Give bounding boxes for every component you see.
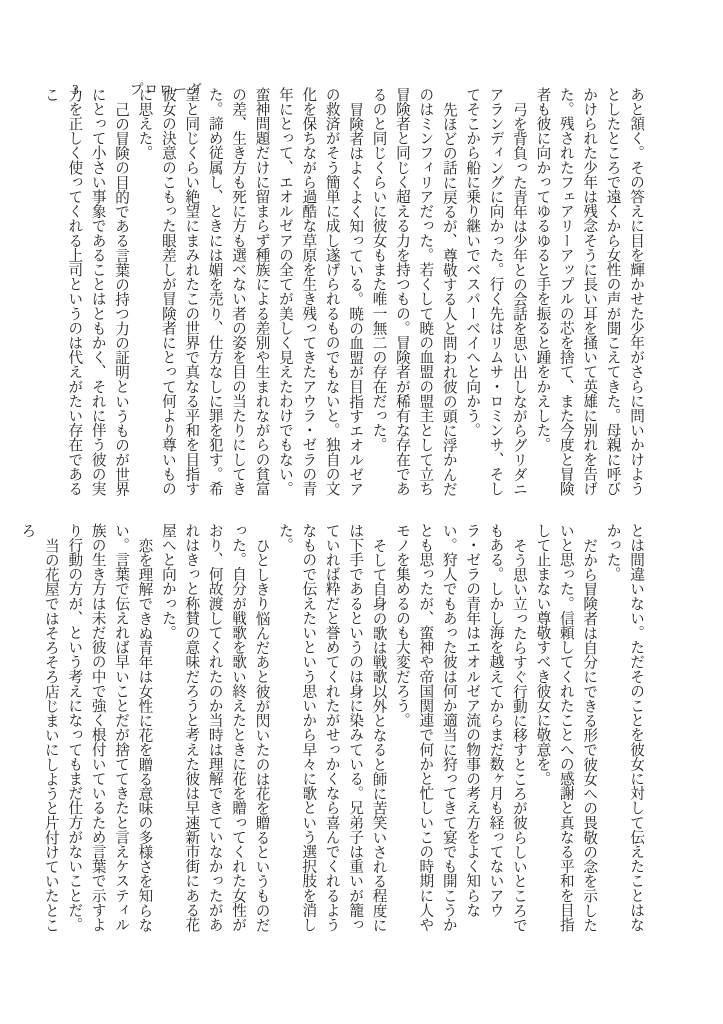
paragraph: ひとしきり悩んだあと彼が閃いたのは花を贈るというものだった。自分が戦歌を歌い終え… [155, 523, 272, 933]
paragraph: とは間違いない。ただそのことを彼女に対して伝えたことはなかった。 [600, 523, 647, 933]
paragraph: 先ほどの話に戻るが、尊敬する人と問われ彼の頭に浮かんだのはミンフィリアだった。若… [366, 87, 460, 497]
paragraph: そして自身の歌は戦歌以外となると師に苦笑いされる程度には下手であるというのは身に… [273, 523, 390, 933]
book-page: 3 プロローグ あと頷く。その答えに目を輝かせた少年がさらに問いかけようとしたと… [0, 0, 723, 1024]
text-block-bottom: とは間違いない。ただそのことを彼女に対して伝えたことはなかった。 だから冒険者は… [61, 523, 647, 933]
paragraph: 弓を背負った青年は少年との会話を思い出しながらグリダニアランディングに向かった。… [460, 87, 530, 497]
paragraph: あと頷く。その答えに目を輝かせた少年がさらに問いかけようとしたところで遠くから女… [530, 87, 647, 497]
paragraph: 己の冒険の目的である言葉の持つ力の証明というものが世界にとって小さい事象であるこ… [38, 87, 132, 497]
paragraph: そう思い立ったらすぐ行動に移すところが彼らしいところでもある。しかし海を越えてか… [390, 523, 530, 933]
text-block-top: あと頷く。その答えに目を輝かせた少年がさらに問いかけようとしたところで遠くから女… [61, 87, 647, 497]
paragraph: 当の花屋ではそろそろ店じまいにしようと片付けていたところ [15, 523, 62, 933]
paragraph: だから冒険者は自分にできる形で彼女への畏敬の念を示したいと思った。信頼してくれた… [530, 523, 600, 933]
paragraph: 恋を理解できぬ青年は女性に花を贈る意味の多様さを知らない。言葉で伝えれば早いこと… [62, 523, 156, 933]
paragraph: 冒険者はよくよく知っている。暁の血盟が目指すエオルゼアの救済がそう簡単に成し遂げ… [132, 87, 366, 497]
